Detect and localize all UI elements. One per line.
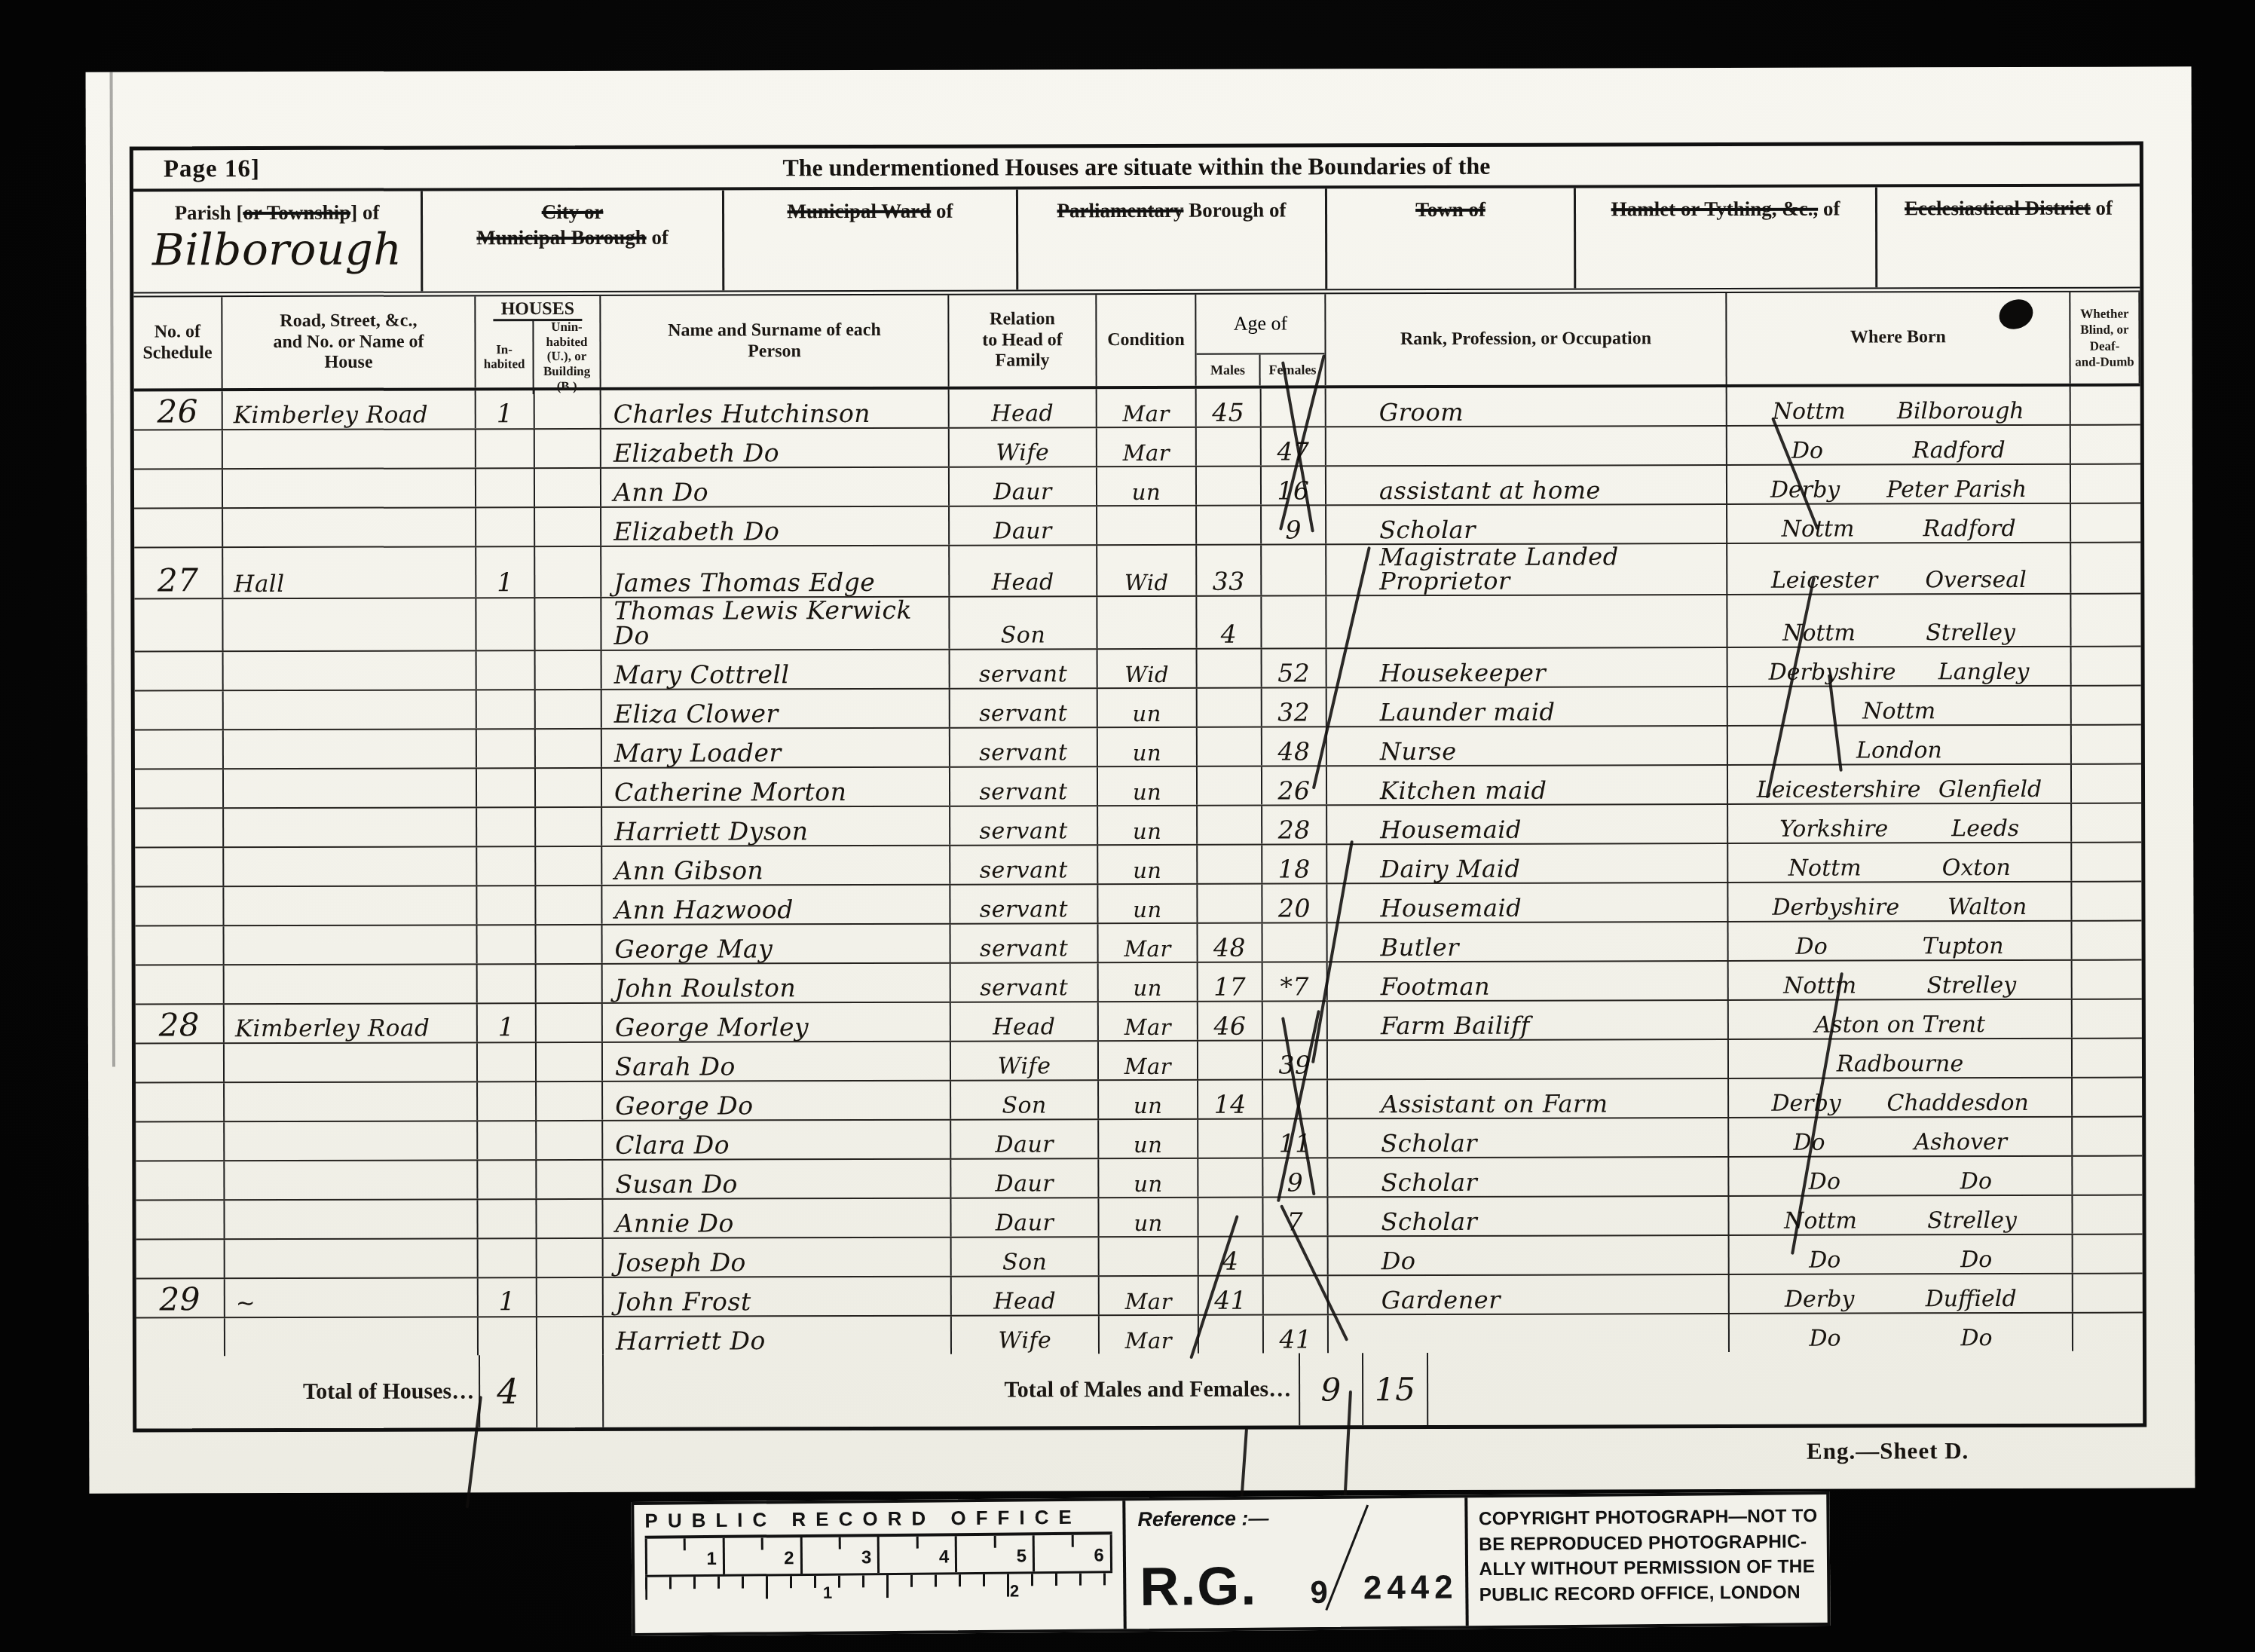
cell-born: LeicesterOverseal	[1727, 543, 2071, 594]
cell-born: NottmStrelley	[1727, 595, 2071, 647]
cell-condition: Mar	[1099, 1042, 1198, 1079]
cell-inhabited	[476, 469, 535, 506]
cell-age_m	[1198, 846, 1262, 883]
copyright-text-line: ALLY WITHOUT PERMISSION OF THE	[1479, 1554, 1818, 1582]
district-label-struck: Parliamentary	[1057, 199, 1183, 222]
cell-condition: un	[1099, 1198, 1198, 1236]
cell-blind	[2072, 765, 2141, 803]
district-label-text: of	[2091, 197, 2113, 219]
cell-occupation: Nurse	[1327, 727, 1728, 765]
cell-relation: Daur	[950, 467, 1097, 506]
cell-condition: Mar	[1097, 389, 1197, 427]
cell-inhabited	[478, 925, 537, 963]
cell-occupation: assistant at home	[1326, 466, 1727, 504]
cell-name: Ann Hazwood	[602, 886, 950, 924]
cell-road: Kimberley Road	[225, 1004, 478, 1042]
cell-uninh	[537, 1200, 603, 1237]
cell-schedule	[136, 1122, 225, 1160]
cell-road	[224, 847, 477, 886]
cell-relation: servant	[950, 885, 1098, 923]
cell-born: Aston on Trent	[1729, 1000, 2073, 1039]
houses-subheaders: In- habited Unin- habited (U.), or Build…	[476, 320, 599, 394]
district-label-text: of	[931, 200, 953, 222]
cell-age_f: 28	[1262, 806, 1327, 843]
cell-name: Annie Do	[603, 1199, 951, 1237]
born-county: Do	[1809, 1250, 1840, 1272]
totals-spacer	[537, 1355, 604, 1427]
born-county: Aston on Trent	[1815, 1014, 1986, 1037]
cell-uninh	[535, 547, 601, 597]
cell-uninh	[537, 1043, 603, 1081]
cell-road	[224, 808, 477, 846]
cell-age_f: 20	[1262, 884, 1327, 922]
cell-born: NottmStrelley	[1729, 1196, 2073, 1234]
district-value-handwritten: Bilborough	[152, 227, 402, 271]
cell-name: John Frost	[604, 1277, 952, 1316]
cell-schedule	[136, 1240, 225, 1277]
cell-condition: un	[1099, 1120, 1198, 1158]
district-cell: Municipal Ward of	[724, 189, 1018, 290]
born-county: Nottm	[1862, 700, 1935, 723]
cell-schedule	[135, 691, 224, 729]
born-place: Do	[1960, 1170, 1992, 1193]
cell-schedule	[136, 965, 225, 1003]
cell-schedule	[136, 1044, 225, 1081]
pro-office-name: PUBLIC RECORD OFFICE	[644, 1505, 1112, 1532]
cell-age_m: 45	[1197, 389, 1262, 427]
born-county: Do	[1809, 1328, 1840, 1351]
cell-occupation: Scholar	[1328, 1197, 1729, 1235]
cell-blind	[2072, 804, 2141, 842]
cell-road	[223, 598, 476, 650]
total-houses-value: 4	[479, 1355, 537, 1427]
cell-uninh	[536, 847, 602, 885]
cell-road	[225, 1043, 478, 1081]
cell-born: LeicestershireGlenfield	[1728, 765, 2072, 803]
cell-inhabited: 1	[476, 547, 535, 597]
paper-crease	[110, 72, 115, 1067]
cell-schedule: 26	[134, 391, 223, 429]
reference-series: R.G.	[1140, 1556, 1258, 1618]
cell-condition: Mar	[1100, 1277, 1199, 1314]
col-header-age-group: Age of Males Females	[1196, 294, 1326, 385]
district-label: City or Municipal Borough of	[476, 200, 669, 251]
cell-age_f	[1262, 545, 1326, 595]
cell-inhabited	[477, 769, 536, 806]
cell-age_m	[1198, 650, 1262, 687]
stamp-ruler-section: PUBLIC RECORD OFFICE 123456 1 2	[634, 1501, 1126, 1633]
cell-relation: servant	[950, 846, 1098, 884]
cell-inhabited	[476, 430, 535, 467]
inch-ruler-segment: 2	[725, 1537, 803, 1574]
cell-road	[225, 1317, 479, 1356]
stamp-reference-section: Reference :— R.G. 9 2442	[1125, 1498, 1469, 1629]
born-county: Do	[1809, 1171, 1840, 1194]
table-row: George DoSonun14Assistant on FarmDerbyCh…	[136, 1078, 2142, 1123]
cell-blind	[2071, 387, 2140, 424]
cell-relation: Head	[952, 1277, 1100, 1315]
cell-road	[224, 690, 477, 729]
cell-uninh	[537, 1082, 603, 1120]
district-label-text: Parish [	[175, 201, 243, 224]
cell-occupation: Scholar	[1328, 1158, 1729, 1196]
cell-inhabited: 1	[479, 1278, 537, 1316]
cell-age_f: 52	[1262, 649, 1327, 687]
cell-blind	[2072, 726, 2141, 763]
cell-born: NottmOxton	[1728, 843, 2072, 882]
district-label-struck: Ecclesiastical District	[1905, 197, 2091, 220]
col-header-houses-group: HOUSES In- habited Unin- habited (U.), o…	[476, 296, 601, 387]
cell-age_f: 39	[1263, 1041, 1328, 1078]
cell-age_m: 4	[1199, 1237, 1264, 1275]
cm-ruler: 1 2	[645, 1571, 1112, 1608]
cell-schedule	[134, 599, 223, 650]
cell-born: DoDo	[1730, 1235, 2073, 1274]
cell-relation: Daur	[951, 1198, 1099, 1237]
total-males-females-label: Total of Males and Females…	[604, 1353, 1299, 1427]
cell-name: John Roulston	[603, 964, 951, 1002]
cell-condition: Wid	[1097, 546, 1197, 595]
cell-born: NottmBilborough	[1727, 387, 2071, 425]
born-county: Yorkshire	[1779, 818, 1888, 840]
cell-name: Harriett Dyson	[602, 807, 950, 846]
total-houses-label: Total of Houses…	[136, 1355, 479, 1428]
cell-schedule: 27	[134, 548, 223, 598]
cell-inhabited	[479, 1317, 537, 1355]
cell-schedule	[135, 887, 224, 925]
cell-blind	[2072, 843, 2141, 881]
born-place: Ashover	[1914, 1131, 2008, 1154]
cell-road	[225, 1239, 479, 1277]
inch-ruler-segment: 5	[957, 1535, 1035, 1572]
cell-inhabited	[477, 886, 536, 924]
cell-occupation	[1328, 1040, 1729, 1078]
cell-schedule	[136, 926, 225, 964]
inch-ruler-segment: 6	[1035, 1534, 1112, 1571]
cell-name: Elizabeth Do	[601, 429, 950, 467]
cell-road	[224, 651, 477, 690]
cell-road	[224, 886, 477, 925]
cell-occupation: Do	[1329, 1236, 1730, 1274]
cell-name: James Thomas Edge	[601, 546, 950, 597]
cell-relation: Head	[950, 389, 1097, 427]
cell-age_f: 32	[1262, 688, 1327, 726]
cell-inhabited	[479, 1239, 537, 1277]
cell-inhabited	[477, 730, 536, 767]
table-row: Elizabeth DoWifeMar47DoRadford	[134, 426, 2140, 470]
cell-blind	[2073, 1314, 2143, 1351]
born-county: Nottm	[1782, 519, 1855, 541]
inch-ruler-label: 6	[1094, 1545, 1104, 1566]
cell-age_m: 33	[1197, 546, 1262, 595]
cell-occupation: Dairy Maid	[1327, 844, 1728, 883]
cell-name: Elizabeth Do	[601, 507, 950, 546]
cell-occupation: Scholar	[1326, 505, 1727, 543]
col-header-name: Name and Surname of each Person	[601, 295, 949, 387]
cell-blind	[2073, 961, 2142, 999]
cell-inhabited	[478, 1082, 537, 1120]
cell-relation: servant	[950, 728, 1098, 766]
cell-born: DoTupton	[1728, 922, 2072, 960]
cell-inhabited: 1	[476, 390, 535, 428]
table-row: Ann DoDaurun16assistant at homeDerbyPete…	[134, 465, 2140, 509]
cell-born: DoDo	[1729, 1157, 2073, 1195]
born-place: Oxton	[1942, 857, 2011, 880]
cell-inhabited	[478, 1043, 537, 1081]
born-place: Strelley	[1926, 974, 2016, 997]
cell-inhabited	[478, 1161, 537, 1198]
cell-age_f: 48	[1262, 727, 1327, 765]
cell-inhabited	[478, 1121, 537, 1159]
stamp-copyright-section: COPYRIGHT PHOTOGRAPH—NOT TOBE REPRODUCED…	[1468, 1494, 1828, 1626]
cell-born: DerbyChaddesdon	[1729, 1078, 2073, 1117]
cell-age_f	[1262, 596, 1326, 647]
district-cell: Parliamentary Borough of	[1018, 188, 1327, 289]
inch-ruler: 123456	[645, 1531, 1112, 1574]
cell-blind	[2071, 426, 2140, 463]
cell-age_m: 17	[1198, 963, 1263, 1001]
cell-uninh	[535, 390, 601, 428]
cell-condition: Mar	[1100, 1316, 1199, 1354]
cell-uninh	[535, 598, 601, 650]
born-place: Tupton	[1923, 935, 2004, 958]
cell-uninh	[537, 1278, 604, 1316]
cell-relation: Daur	[951, 1120, 1099, 1158]
cell-uninh	[536, 690, 602, 728]
cell-schedule	[134, 470, 223, 507]
col-header-uninhabited: Unin- habited (U.), or Building (B.)	[534, 320, 599, 394]
cell-occupation: Housekeeper	[1327, 648, 1728, 687]
cell-age_f: 7	[1263, 1198, 1328, 1235]
cell-relation: servant	[950, 767, 1098, 806]
cell-born: DerbyshireWalton	[1728, 883, 2072, 921]
cell-condition	[1100, 1237, 1199, 1275]
cell-blind	[2072, 883, 2141, 920]
district-label-text: of	[1818, 197, 1840, 220]
district-label: Municipal Ward of	[787, 199, 953, 225]
col-header-relation: Relation to Head of Family	[949, 295, 1097, 387]
cell-schedule	[136, 1083, 225, 1121]
cell-road	[225, 965, 478, 1003]
cell-schedule	[135, 769, 224, 807]
cell-uninh	[535, 508, 601, 546]
cell-born: DoAshover	[1729, 1118, 2073, 1156]
cell-inhabited: 1	[478, 1004, 537, 1042]
totals-row: Total of Houses… 4 Total of Males and Fe…	[136, 1351, 2143, 1429]
cell-uninh	[537, 1239, 604, 1277]
cell-occupation: Footman	[1328, 962, 1729, 1000]
cell-blind	[2071, 543, 2140, 593]
cell-road	[225, 925, 478, 964]
district-label-struck: Municipal Ward	[787, 200, 931, 222]
column-header-row: No. of Schedule Road, Street, &c., and N…	[133, 292, 2140, 392]
cell-uninh	[536, 651, 602, 689]
cell-schedule	[135, 730, 224, 768]
cell-born: NottmStrelley	[1729, 961, 2073, 999]
cell-road: Hall	[223, 547, 476, 598]
inch-ruler-label: 4	[939, 1546, 950, 1568]
cell-name: Charles Hutchinson	[601, 390, 950, 428]
cell-relation: servant	[950, 689, 1098, 727]
col-header-occupation: Rank, Profession, or Occupation	[1326, 293, 1727, 385]
born-county: London	[1856, 739, 1942, 762]
table-row: 28Kimberley Road1George MorleyHeadMar46F…	[136, 1000, 2142, 1045]
district-label: Hamlet or Tything, &c., of	[1611, 197, 1840, 223]
born-county: Derbyshire	[1769, 661, 1896, 684]
scanned-census-page: Page 16] The undermentioned Houses are s…	[0, 0, 2255, 1652]
inch-ruler-segment: 3	[802, 1537, 880, 1574]
cell-name: Susan Do	[603, 1160, 951, 1198]
cell-age_m: 14	[1198, 1081, 1263, 1118]
cell-schedule	[134, 430, 223, 468]
cell-age_m: 46	[1198, 1002, 1263, 1040]
inch-ruler-label: 1	[706, 1549, 717, 1570]
cell-age_m	[1198, 728, 1262, 766]
cell-relation: Son	[951, 1081, 1099, 1119]
cell-condition	[1097, 506, 1197, 544]
cell-occupation: Kitchen maid	[1327, 766, 1728, 804]
cell-name: Eliza Clower	[602, 690, 950, 728]
cell-blind	[2073, 1118, 2142, 1155]
cell-name: Thomas Lewis Kerwick Do	[601, 598, 950, 650]
cell-occupation: Gardener	[1329, 1275, 1730, 1314]
cell-relation: Wife	[950, 428, 1097, 467]
cell-blind	[2073, 1235, 2143, 1273]
title-band: Page 16] The undermentioned Houses are s…	[133, 145, 2140, 192]
district-cell: City or Municipal Borough of	[423, 190, 724, 291]
born-county: Derbyshire	[1772, 896, 1899, 919]
col-header-females: Females	[1261, 354, 1325, 385]
cell-condition: un	[1099, 1159, 1198, 1197]
cell-condition: un	[1097, 467, 1197, 505]
total-males-value: 9	[1299, 1353, 1363, 1425]
cell-name: Catherine Morton	[602, 768, 950, 806]
cell-born: YorkshireLeeds	[1728, 804, 2072, 843]
born-county: Nottm	[1788, 857, 1862, 880]
cell-blind	[2071, 504, 2140, 542]
cell-born: Nottm	[1728, 687, 2072, 725]
cell-relation: Head	[951, 1002, 1099, 1041]
cell-age_f: 41	[1264, 1315, 1329, 1353]
born-county: Derby	[1771, 1093, 1840, 1115]
inch-ruler-label: 5	[1017, 1546, 1027, 1567]
cell-occupation: Groom	[1326, 387, 1727, 426]
cell-road: ~	[225, 1278, 479, 1317]
district-label-text: Borough of	[1183, 198, 1286, 221]
born-place: Strelley	[1927, 1210, 2017, 1232]
cell-age_m	[1197, 506, 1262, 544]
table-row: Annie DoDaurun7ScholarNottmStrelley	[136, 1196, 2142, 1241]
cell-name: Mary Cottrell	[602, 650, 950, 689]
cell-schedule: 29	[136, 1279, 225, 1317]
cell-inhabited	[477, 690, 536, 728]
cell-age_f: 18	[1262, 845, 1327, 883]
reference-class-number: 9	[1310, 1574, 1328, 1611]
cell-inhabited	[476, 508, 535, 546]
cell-age_m	[1198, 806, 1262, 844]
district-cell: Hamlet or Tything, &c., of	[1576, 187, 1877, 288]
col-header-age: Age of	[1196, 294, 1324, 353]
cell-inhabited	[477, 847, 536, 885]
cell-age_m	[1198, 885, 1262, 922]
cell-age_f	[1262, 923, 1327, 961]
cell-occupation: Butler	[1327, 922, 1728, 961]
cell-road	[223, 469, 476, 507]
cell-age_f	[1264, 1237, 1329, 1274]
copyright-text-line: BE REPRODUCED PHOTOGRAPHIC-	[1479, 1529, 1818, 1557]
district-label: Town of	[1415, 197, 1485, 223]
cell-uninh	[536, 808, 602, 846]
born-place: Radford	[1913, 439, 2006, 462]
cell-occupation: Farm Bailiff	[1328, 1001, 1729, 1039]
inch-ruler-segment: 4	[880, 1536, 957, 1573]
cell-name: Clara Do	[603, 1121, 951, 1159]
cell-road	[225, 1121, 478, 1160]
cell-condition: un	[1098, 806, 1198, 844]
cell-blind	[2072, 647, 2141, 685]
born-county: Nottm	[1782, 623, 1856, 645]
district-label: Parliamentary Borough of	[1057, 197, 1286, 224]
cell-blind	[2071, 595, 2140, 646]
table-row: 27Hall1James Thomas EdgeHeadWid33Magistr…	[134, 543, 2140, 600]
cell-born: DoDo	[1730, 1314, 2073, 1352]
cell-uninh	[536, 730, 602, 767]
district-label-text: of	[647, 225, 669, 248]
reference-label: Reference :—	[1137, 1505, 1453, 1531]
cell-occupation	[1326, 595, 1727, 647]
district-cell: Parish [or Township] ofBilborough	[133, 191, 423, 292]
cell-age_f: 9	[1263, 1158, 1328, 1196]
cell-relation: servant	[951, 963, 1099, 1002]
cell-condition	[1097, 597, 1197, 648]
cell-name: George Morley	[603, 1003, 951, 1042]
table-row: Ann Hazwoodservantun20HousemaidDerbyshir…	[135, 883, 2141, 927]
cell-age_m	[1197, 428, 1262, 466]
district-label-struck: Town of	[1415, 198, 1485, 221]
born-place: Glenfield	[1938, 779, 2042, 801]
table-row: Joseph DoSon4DoDoDo	[136, 1235, 2143, 1280]
table-row: Mary CottrellservantWid52HousekeeperDerb…	[135, 647, 2141, 692]
born-place: Radford	[1923, 518, 2015, 540]
cell-condition: un	[1098, 885, 1198, 922]
cell-road	[224, 769, 477, 807]
cell-uninh	[537, 1317, 604, 1355]
cell-inhabited	[476, 598, 535, 650]
born-place: Bilborough	[1897, 400, 2024, 423]
cell-name: Mary Loader	[602, 729, 950, 767]
born-place: Peter Parish	[1886, 479, 2027, 501]
born-county: Radbourne	[1837, 1053, 1963, 1075]
cell-inhabited	[477, 808, 536, 846]
cell-condition: Wid	[1098, 650, 1198, 687]
cell-occupation	[1326, 427, 1727, 465]
cell-name: Sarah Do	[603, 1042, 951, 1081]
col-header-houses: HOUSES	[476, 296, 599, 320]
table-row: Harriett Dysonservantun28HousemaidYorksh…	[135, 804, 2141, 849]
cell-schedule	[136, 1201, 225, 1238]
cell-born: DerbyPeter Parish	[1727, 465, 2071, 503]
cell-road	[225, 1082, 478, 1121]
cell-relation: servant	[950, 806, 1098, 845]
born-place: Duffield	[1926, 1288, 2017, 1311]
cell-occupation: Housemaid	[1327, 883, 1728, 922]
cell-blind	[2072, 922, 2141, 959]
cell-schedule	[135, 848, 224, 886]
cell-condition: un	[1098, 689, 1198, 727]
district-label-struck: or Township	[243, 201, 350, 224]
table-row: 29~1John FrostHeadMar41GardenerDerbyDuff…	[136, 1274, 2143, 1319]
inch-ruler-segment: 1	[645, 1538, 725, 1575]
